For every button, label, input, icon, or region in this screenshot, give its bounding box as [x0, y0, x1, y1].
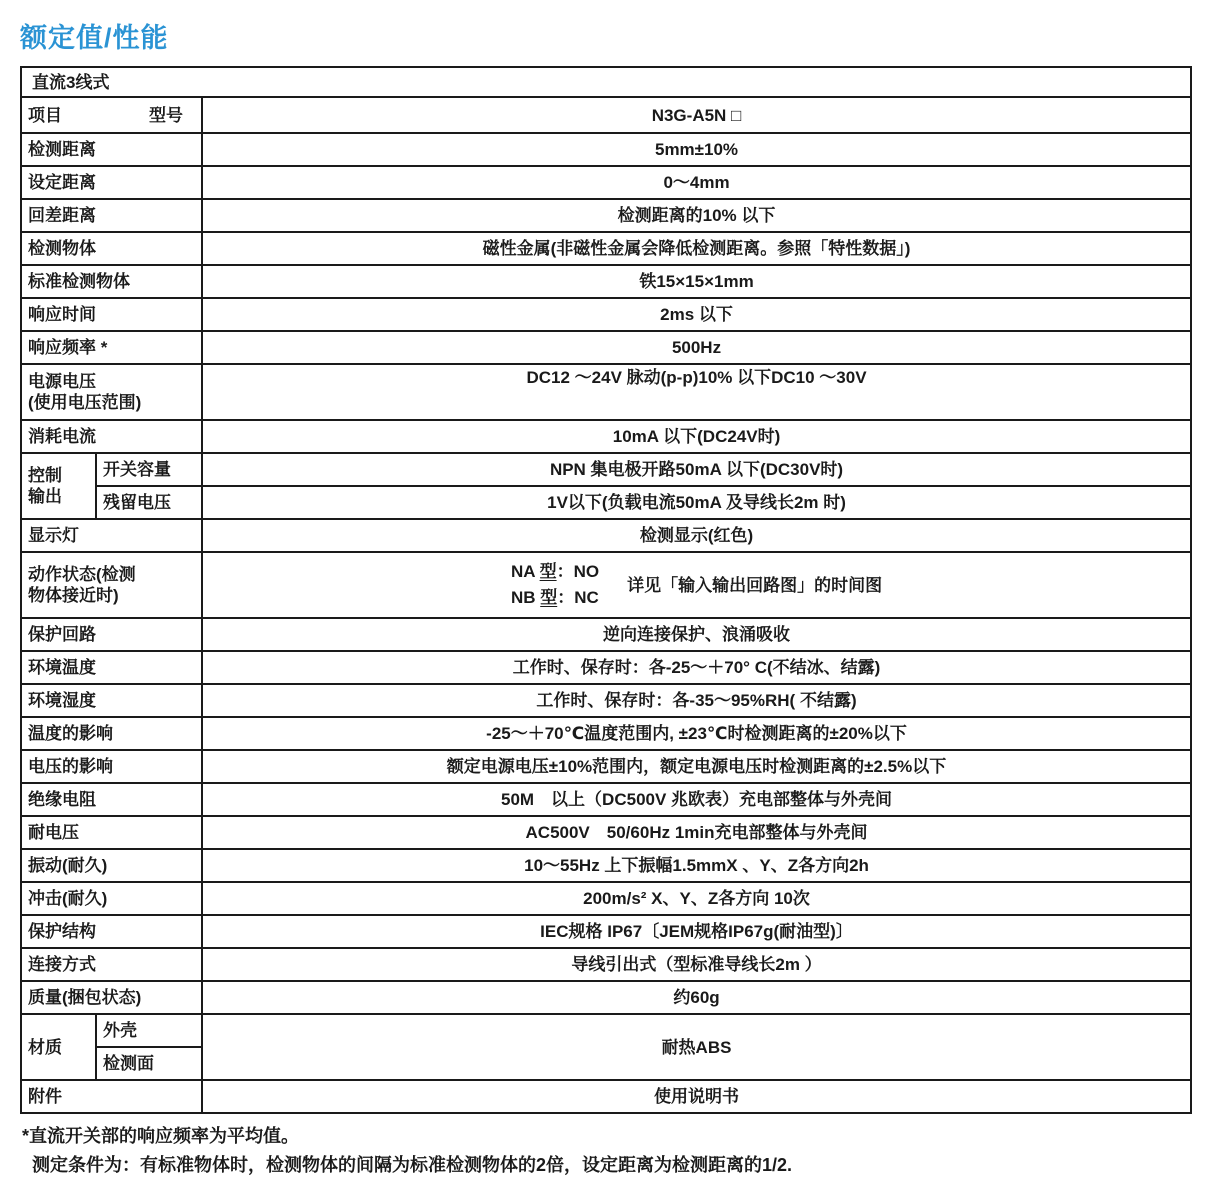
label-line: 环境温度 — [28, 658, 96, 677]
label-line: 控制 — [28, 466, 62, 485]
label-line: 标准检测物体 — [28, 272, 130, 291]
corner-label-model: 型号 — [149, 105, 183, 126]
row-label: 保护结构 — [21, 915, 202, 948]
row-label: 保护回路 — [21, 618, 202, 651]
label-line: 消耗电流 — [28, 427, 96, 446]
table-row: 附件使用说明书 — [21, 1080, 1191, 1113]
table-row: 振动(耐久)10～55Hz 上下振幅1.5mmX 、Y、Z各方向2h — [21, 849, 1191, 882]
row-value: 50M 以上（DC500V 兆欧表）充电部整体与外壳间 — [202, 783, 1191, 816]
table-row: 残留电压1V以下(负载电流50mA 及导线长2m 时) — [21, 486, 1191, 519]
table-row: 保护回路逆向连接保护、浪涌吸收 — [21, 618, 1191, 651]
row-label: 检测物体 — [21, 232, 202, 265]
row-label: 显示灯 — [21, 519, 202, 552]
row-value: 使用说明书 — [202, 1080, 1191, 1113]
label-line: 温度的影响 — [28, 724, 113, 743]
table-row: 响应时间2ms 以下 — [21, 298, 1191, 331]
row-value: -25～＋70℃温度范围内, ±23℃时检测距离的±20%以下 — [202, 717, 1191, 750]
row-value: 额定电源电压±10%范围内，额定电源电压时检测距离的±2.5%以下 — [202, 750, 1191, 783]
action-value: NA 型：NONB 型：NC详见「输入输出回路图」的时间图 — [209, 559, 1184, 611]
row-value: 检测显示(红色) — [202, 519, 1191, 552]
row-value: 磁性金属(非磁性金属会降低检测距离。参照「特性数据」) — [202, 232, 1191, 265]
row-value: 检测距离的10% 以下 — [202, 199, 1191, 232]
table-row: 检测距离5mm±10% — [21, 133, 1191, 166]
label-line: 保护回路 — [28, 625, 96, 644]
table-row: 材质外壳耐热ABS — [21, 1014, 1191, 1047]
footnote-line: 测定条件为：有标准物体时，检测物体的间隔为标准检测物体的2倍，设定距离为检测距离… — [22, 1151, 1190, 1180]
table-row: 回差距离检测距离的10% 以下 — [21, 199, 1191, 232]
label-line: 冲击(耐久) — [28, 889, 107, 908]
row-label: 绝缘电阻 — [21, 783, 202, 816]
row-label: 响应时间 — [21, 298, 202, 331]
sub-label: 外壳 — [96, 1014, 202, 1047]
row-label: 耐电压 — [21, 816, 202, 849]
row-value: 耐热ABS — [202, 1014, 1191, 1080]
label-line: 检测物体 — [28, 239, 96, 258]
sub-label: 检测面 — [96, 1047, 202, 1080]
label-line: 振动(耐久) — [28, 856, 107, 875]
row-value: 1V以下(负载电流50mA 及导线长2m 时) — [202, 486, 1191, 519]
label-line: 环境湿度 — [28, 691, 96, 710]
underlined-part: 型 — [540, 588, 557, 607]
row-value: 200m/s² X、Y、Z各方向 10次 — [202, 882, 1191, 915]
row-value: 逆向连接保护、浪涌吸收 — [202, 618, 1191, 651]
text-part: ：NC — [557, 588, 599, 607]
row-value: NPN 集电极开路50mA 以下(DC30V时) — [202, 453, 1191, 486]
row-value: IEC规格 IP67〔JEM规格IP67g(耐油型)〕 — [202, 915, 1191, 948]
sub-label: 残留电压 — [96, 486, 202, 519]
label-line: 物体接近时) — [28, 586, 119, 605]
label-line: 耐电压 — [28, 823, 79, 842]
output-type-list: NA 型：NONB 型：NC — [511, 559, 599, 611]
footnotes: *直流开关部的响应频率为平均值。 测定条件为：有标准物体时，检测物体的间隔为标准… — [20, 1122, 1190, 1180]
table-row: 环境湿度工作时、保存时：各-35～95%RH( 不结露) — [21, 684, 1191, 717]
label-line: 保护结构 — [28, 922, 96, 941]
row-value: 0～4mm — [202, 166, 1191, 199]
table-row: 直流3线式 — [21, 67, 1191, 97]
table-row: 电源电压(使用电压范围)DC12 ～24V 脉动(p-p)10% 以下DC10 … — [21, 364, 1191, 420]
table-row: 检测物体磁性金属(非磁性金属会降低检测距离。参照「特性数据」) — [21, 232, 1191, 265]
row-value: 10mA 以下(DC24V时) — [202, 420, 1191, 453]
output-type-item: NB 型：NC — [511, 585, 599, 611]
model-number: N3G-A5N □ — [202, 97, 1191, 133]
label-line: 连接方式 — [28, 955, 96, 974]
action-note: 详见「输入输出回路图」的时间图 — [627, 575, 882, 596]
row-label: 电压的影响 — [21, 750, 202, 783]
label-line: 响应时间 — [28, 305, 96, 324]
row-value: 工作时、保存时：各-35～95%RH( 不结露) — [202, 684, 1191, 717]
group-label: 控制输出 — [21, 453, 96, 519]
row-label: 连接方式 — [21, 948, 202, 981]
table-row: 消耗电流10mA 以下(DC24V时) — [21, 420, 1191, 453]
text-part: NA — [511, 562, 540, 581]
row-value: 工作时、保存时：各-25～＋70° C(不结冰、结露) — [202, 651, 1191, 684]
model-head: 项目型号 — [28, 105, 195, 126]
table-row: 连接方式导线引出式（型标准导线长2m ） — [21, 948, 1191, 981]
table-row: 质量(捆包状态)约60g — [21, 981, 1191, 1014]
row-label: 响应频率 * — [21, 331, 202, 364]
table-row: 耐电压AC500V 50/60Hz 1min充电部整体与外壳间 — [21, 816, 1191, 849]
table-row: 标准检测物体铁15×15×1mm — [21, 265, 1191, 298]
row-label: 消耗电流 — [21, 420, 202, 453]
row-label: 检测距离 — [21, 133, 202, 166]
row-value: 铁15×15×1mm — [202, 265, 1191, 298]
label-line: 电源电压 — [28, 372, 96, 391]
underlined-part: 型 — [540, 562, 557, 581]
row-label: 回差距离 — [21, 199, 202, 232]
row-value: 5mm±10% — [202, 133, 1191, 166]
table-row: 环境温度工作时、保存时：各-25～＋70° C(不结冰、结露) — [21, 651, 1191, 684]
row-label: 冲击(耐久) — [21, 882, 202, 915]
row-value: 500Hz — [202, 331, 1191, 364]
text-part: NB — [511, 588, 540, 607]
label-line: 附件 — [28, 1087, 62, 1106]
table-row: 冲击(耐久)200m/s² X、Y、Z各方向 10次 — [21, 882, 1191, 915]
label-line: 回差距离 — [28, 206, 96, 225]
group-label: 材质 — [21, 1014, 96, 1080]
row-value: 约60g — [202, 981, 1191, 1014]
row-label: 设定距离 — [21, 166, 202, 199]
label-line: 设定距离 — [28, 173, 96, 192]
footnote-line: *直流开关部的响应频率为平均值。 — [22, 1122, 1190, 1151]
text-part: ：NO — [557, 562, 600, 581]
table-row: 响应频率 *500Hz — [21, 331, 1191, 364]
table-row: 电压的影响额定电源电压±10%范围内，额定电源电压时检测距离的±2.5%以下 — [21, 750, 1191, 783]
row-label: 环境温度 — [21, 651, 202, 684]
label-line: 动作状态(检测 — [28, 565, 136, 584]
table-row: 显示灯检测显示(红色) — [21, 519, 1191, 552]
row-label: 标准检测物体 — [21, 265, 202, 298]
table-row: 动作状态(检测物体接近时)NA 型：NONB 型：NC详见「输入输出回路图」的时… — [21, 552, 1191, 618]
label-line: 绝缘电阻 — [28, 790, 96, 809]
table-row: 绝缘电阻50M 以上（DC500V 兆欧表）充电部整体与外壳间 — [21, 783, 1191, 816]
spec-table: 直流3线式项目型号N3G-A5N □检测距离5mm±10%设定距离0～4mm回差… — [20, 66, 1192, 1114]
corner-label-item: 项目 — [28, 105, 62, 126]
row-label: 附件 — [21, 1080, 202, 1113]
row-label: 振动(耐久) — [21, 849, 202, 882]
label-line: 输出 — [28, 487, 62, 506]
table-row: 控制输出开关容量NPN 集电极开路50mA 以下(DC30V时) — [21, 453, 1191, 486]
table-row: 设定距离0～4mm — [21, 166, 1191, 199]
row-value: 10～55Hz 上下振幅1.5mmX 、Y、Z各方向2h — [202, 849, 1191, 882]
row-value: 导线引出式（型标准导线长2m ） — [202, 948, 1191, 981]
row-value: NA 型：NONB 型：NC详见「输入输出回路图」的时间图 — [202, 552, 1191, 618]
label-line: 显示灯 — [28, 526, 79, 545]
section-header: 直流3线式 — [21, 67, 1191, 97]
row-label: 电源电压(使用电压范围) — [21, 364, 202, 420]
sub-label: 开关容量 — [96, 453, 202, 486]
row-label: 动作状态(检测物体接近时) — [21, 552, 202, 618]
row-value: 2ms 以下 — [202, 298, 1191, 331]
output-type-item: NA 型：NO — [511, 559, 599, 585]
row-label: 环境湿度 — [21, 684, 202, 717]
row-label: 质量(捆包状态) — [21, 981, 202, 1014]
page: 额定值/性能 直流3线式项目型号N3G-A5N □检测距离5mm±10%设定距离… — [0, 0, 1210, 1180]
table-row: 项目型号N3G-A5N □ — [21, 97, 1191, 133]
page-title: 额定值/性能 — [20, 16, 1190, 55]
label-line: (使用电压范围) — [28, 393, 141, 412]
row-value: AC500V 50/60Hz 1min充电部整体与外壳间 — [202, 816, 1191, 849]
row-value: DC12 ～24V 脉动(p-p)10% 以下DC10 ～30V — [202, 364, 1191, 420]
model-header-cell: 项目型号 — [21, 97, 202, 133]
label-line: 电压的影响 — [28, 757, 113, 776]
label-line: 质量(捆包状态) — [28, 988, 141, 1007]
table-row: 温度的影响-25～＋70℃温度范围内, ±23℃时检测距离的±20%以下 — [21, 717, 1191, 750]
label-line: 响应频率 * — [28, 338, 107, 357]
table-row: 保护结构IEC规格 IP67〔JEM规格IP67g(耐油型)〕 — [21, 915, 1191, 948]
label-line: 检测距离 — [28, 140, 96, 159]
row-label: 温度的影响 — [21, 717, 202, 750]
